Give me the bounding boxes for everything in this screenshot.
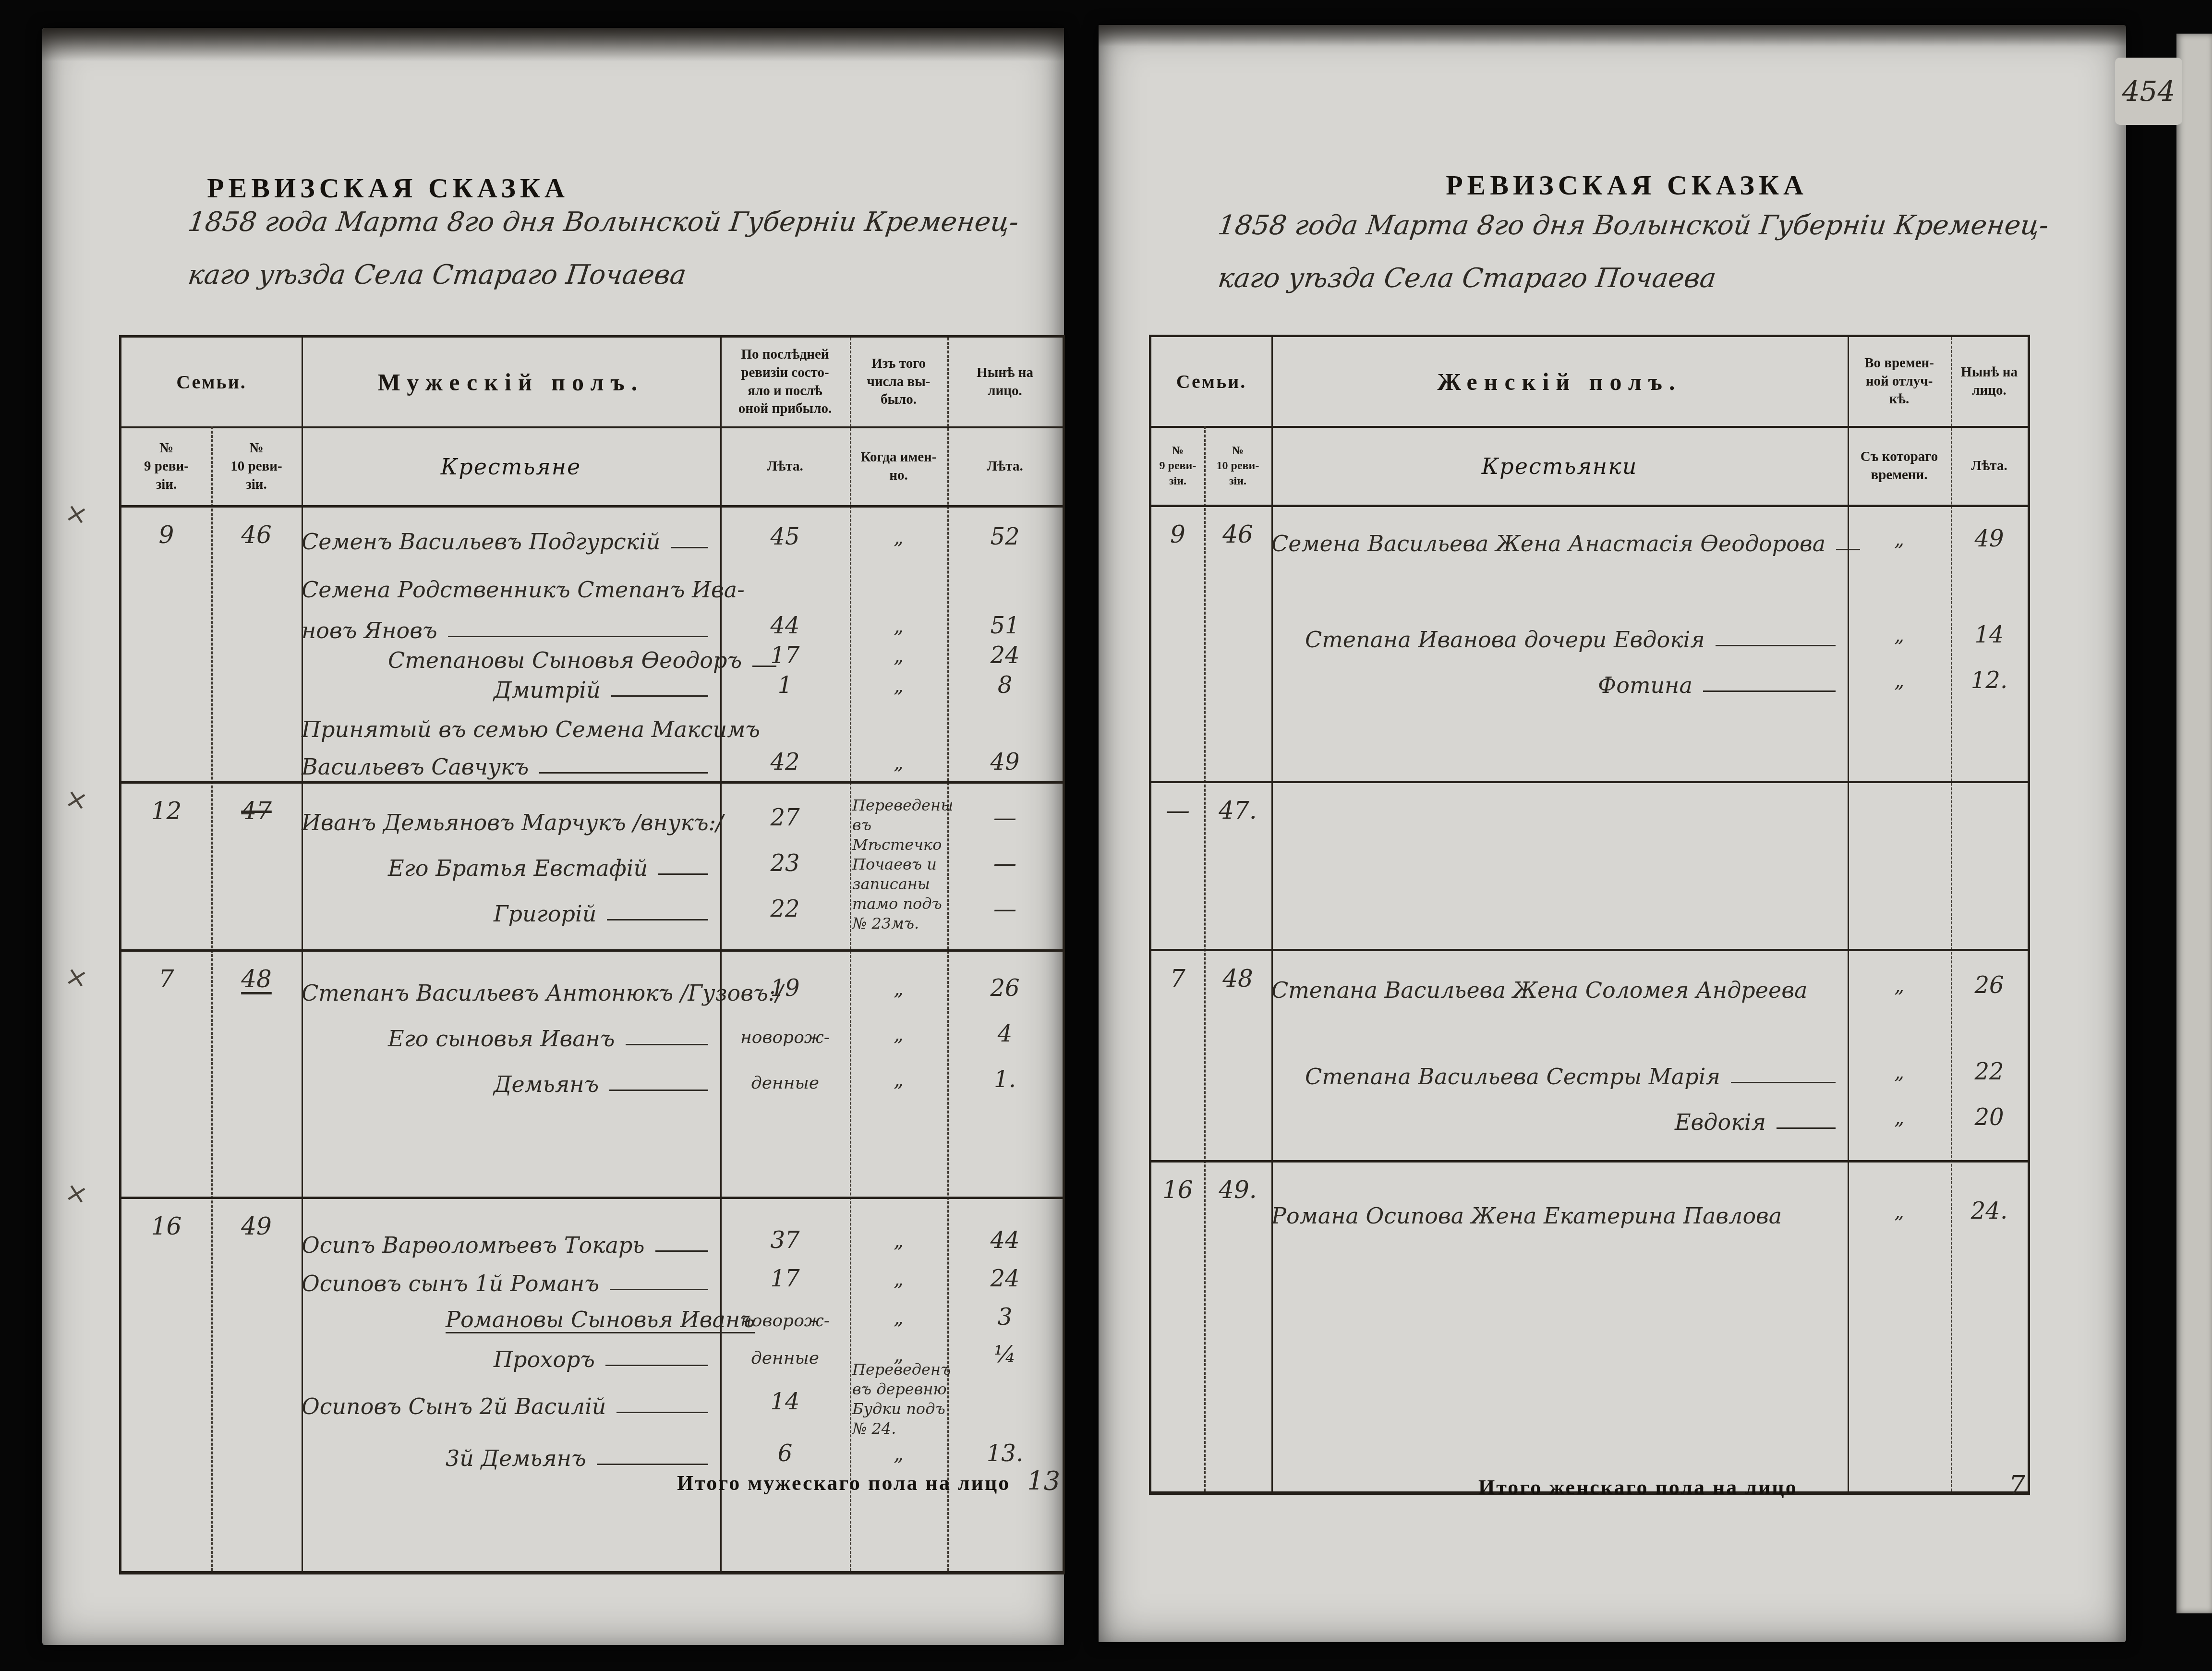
ditto-mark: „ bbox=[850, 1005, 947, 1050]
age-now bbox=[947, 1371, 1063, 1418]
family-no-rev10: 49. bbox=[1204, 1176, 1271, 1204]
writing-rule bbox=[1731, 1082, 1836, 1083]
total-female-value: 7 bbox=[2009, 1470, 2025, 1501]
total-male-value: 13 bbox=[1027, 1466, 1060, 1496]
right-page-title: РЕВИЗСКАЯ СКАЗКА bbox=[1315, 169, 1939, 201]
ditto-mark: „ bbox=[850, 741, 947, 778]
ditto-mark: „ bbox=[850, 1050, 947, 1096]
header-departed: Изъ того числа вы- было. bbox=[850, 338, 947, 426]
member-name: Прохоръ bbox=[302, 1333, 720, 1371]
header-peasants-female: Крестьянки bbox=[1271, 428, 1848, 505]
member-name: Степана Васильева Жена Соломея Андреева bbox=[1271, 951, 1848, 1002]
margin-check-mark: × bbox=[62, 782, 91, 817]
member-name: Принятый въ семью Семена Максимъ bbox=[302, 702, 720, 741]
age-last-revision: денные bbox=[720, 1050, 850, 1096]
writing-rule bbox=[539, 772, 708, 774]
age-now: 26 bbox=[1951, 951, 2028, 1002]
ditto-mark bbox=[850, 702, 947, 741]
header-years: Лѣта. bbox=[1951, 428, 2028, 505]
left-revision-table: Семьи. Мужескій полъ. По послѣдней ревиз… bbox=[119, 335, 1065, 1574]
folio-number: 454 bbox=[2122, 75, 2176, 108]
header-years-b: Лѣта. bbox=[947, 428, 1063, 505]
header-revision-10: № 10 реви- зіи. bbox=[211, 428, 302, 505]
total-female-label: Итого женскаго пола на лицо bbox=[1478, 1475, 1798, 1500]
writing-rule bbox=[448, 636, 708, 637]
age-last-revision: 19 bbox=[720, 952, 850, 1005]
member-name: Семена Васильева Жена Анастасія Өеодоров… bbox=[1271, 507, 1848, 555]
spacer-row bbox=[1271, 555, 1848, 603]
right-date-line-1: 1858 года Марта 8го дня Волынской Губерн… bbox=[1216, 210, 2050, 241]
writing-rule bbox=[610, 1289, 708, 1290]
writing-rule bbox=[607, 919, 708, 920]
folio-patch: 454 bbox=[2115, 58, 2182, 125]
family-record: 16 49. Романа Осипова Жена Екатерина Пав… bbox=[1151, 1160, 2028, 1491]
family-record: 7 48 Степанъ Васильевъ Антонюкъ /Гузовъ:… bbox=[121, 949, 1063, 1197]
margin-check-mark: × bbox=[62, 1176, 91, 1211]
age-now: 49 bbox=[1951, 507, 2028, 555]
family-no-rev10: 47. bbox=[1204, 797, 1271, 824]
writing-rule bbox=[1703, 690, 1836, 692]
header-last-revision: По послѣдней ревизіи состо- яло и послѣ … bbox=[720, 338, 850, 426]
member-name: Дмитрій bbox=[302, 672, 720, 702]
family-no-rev9: 16 bbox=[1151, 1176, 1204, 1204]
family-no-rev10: 46 bbox=[1204, 521, 1271, 548]
header-when-exactly: Когда имен- но. bbox=[850, 428, 947, 505]
header-female-sex: Женскій полъ. bbox=[1271, 337, 1848, 426]
ditto-mark: „ bbox=[1848, 603, 1951, 651]
member-name: Евдокія bbox=[1271, 1088, 1848, 1134]
ditto-mark: „ bbox=[1848, 1182, 1951, 1227]
age-last-revision: 17 bbox=[720, 1257, 850, 1295]
age-now: — bbox=[947, 784, 1063, 834]
writing-rule bbox=[609, 1090, 708, 1091]
member-name: Романа Осипова Жена Екатерина Павлова bbox=[1271, 1182, 1848, 1227]
header-since-when: Съ котораго времени. bbox=[1848, 428, 1951, 505]
family-no-rev10: 46 bbox=[211, 521, 302, 549]
age-now: 52 bbox=[947, 508, 1063, 553]
age-now bbox=[1951, 555, 2028, 603]
left-table-header-row-1: Семьи. Мужескій полъ. По послѣдней ревиз… bbox=[121, 338, 1063, 426]
ditto-mark: „ bbox=[850, 601, 947, 642]
ditto-mark: „ bbox=[850, 672, 947, 702]
age-last-revision bbox=[720, 702, 850, 741]
total-male-label: Итого мужескаго пола на лицо bbox=[677, 1471, 1010, 1495]
spacer-row bbox=[1271, 1162, 1848, 1182]
book-scan: РЕВИЗСКАЯ СКАЗКА 1858 года Марта 8го дня… bbox=[0, 0, 2212, 1671]
family-no-rev9: 7 bbox=[1151, 965, 1204, 993]
member-name: Семенъ Васильевъ Подгурскій bbox=[302, 508, 720, 553]
page-stack-edge bbox=[2176, 34, 2212, 1613]
family-record: 12 47 Переведены въ Мѣстечко Почаевъ и з… bbox=[121, 781, 1063, 949]
family-no-rev9: 12 bbox=[121, 797, 211, 825]
member-name: Осиповъ сынъ 1й Романъ bbox=[302, 1257, 720, 1295]
age-now: 14 bbox=[1951, 603, 2028, 651]
header-revision-9: № 9 реви- зіи. bbox=[1151, 428, 1204, 505]
member-name: Степановы Сыновья Өеодоръ bbox=[302, 642, 720, 672]
age-last-revision: денные bbox=[720, 1333, 850, 1371]
ditto-mark: „ bbox=[850, 952, 947, 1005]
age-last-revision bbox=[720, 553, 850, 601]
member-name: Его сыновья Иванъ bbox=[302, 1005, 720, 1050]
age-last-revision: новорож- bbox=[720, 1295, 850, 1333]
ditto-mark: „ bbox=[850, 1199, 947, 1257]
age-now: 26 bbox=[947, 952, 1063, 1005]
age-now: 4 bbox=[947, 1005, 1063, 1050]
age-now bbox=[1951, 1162, 2028, 1182]
right-page: РЕВИЗСКАЯ СКАЗКА 1858 года Марта 8го дня… bbox=[1099, 25, 2126, 1642]
family-no-rev10: 48 bbox=[1204, 965, 1271, 993]
ditto-mark: „ bbox=[1848, 951, 1951, 1002]
header-now-present: Нынѣ на лицо. bbox=[947, 338, 1063, 426]
age-last-revision: 6 bbox=[720, 1418, 850, 1470]
age-last-revision: 44 bbox=[720, 601, 850, 642]
family-record: 9 46 Семенъ Васильевъ Подгурскій 45 „ 52… bbox=[121, 505, 1063, 781]
header-temporary-absence: Во времен- ной отлуч- кѣ. bbox=[1848, 337, 1951, 426]
age-last-revision: 37 bbox=[720, 1199, 850, 1257]
writing-rule bbox=[597, 1464, 708, 1465]
family-no-rev9: 7 bbox=[121, 965, 211, 993]
age-now: 24 bbox=[947, 1257, 1063, 1295]
age-last-revision: 22 bbox=[720, 880, 850, 925]
ditto-mark: „ bbox=[1848, 1088, 1951, 1134]
family-no-rev10: 47 bbox=[211, 797, 302, 825]
family-record: 9 46 Семена Васильева Жена Анастасія Өео… bbox=[1151, 505, 2028, 781]
ditto-mark bbox=[850, 553, 947, 601]
member-name: новъ Яновъ bbox=[302, 601, 720, 642]
header-revision-10: № 10 реви- зіи. bbox=[1204, 428, 1271, 505]
ditto-mark: „ bbox=[1848, 507, 1951, 555]
member-name: Степанъ Васильевъ Антонюкъ /Гузовъ:/ bbox=[302, 952, 720, 1005]
right-revision-table: Семьи. Женскій полъ. Во времен- ной отлу… bbox=[1149, 335, 2030, 1495]
age-last-revision: 14 bbox=[720, 1371, 850, 1418]
ditto-mark bbox=[1848, 555, 1951, 603]
member-name: Семена Родственникъ Степанъ Ива- bbox=[302, 553, 720, 601]
writing-rule bbox=[1777, 1127, 1836, 1129]
right-table-header-row-1: Семьи. Женскій полъ. Во времен- ной отлу… bbox=[1151, 337, 2028, 426]
age-now: 12. bbox=[1951, 651, 2028, 697]
header-family: Семьи. bbox=[121, 338, 302, 426]
age-now: 24 bbox=[947, 642, 1063, 672]
writing-rule bbox=[1716, 645, 1836, 646]
left-page: РЕВИЗСКАЯ СКАЗКА 1858 года Марта 8го дня… bbox=[42, 28, 1064, 1645]
ditto-mark bbox=[1848, 1162, 1951, 1182]
member-name: Осиповъ Сынъ 2й Василій bbox=[302, 1371, 720, 1418]
age-last-revision: новорож- bbox=[720, 1005, 850, 1050]
age-now: ¼ bbox=[947, 1333, 1063, 1371]
age-now bbox=[1951, 1002, 2028, 1042]
family-record: 16 49 Переведенъ въ деревню Будки подъ №… bbox=[121, 1197, 1063, 1571]
right-total-row: Итого женскаго пола на лицо 7 bbox=[1149, 1470, 2054, 1501]
member-name: Его Братья Евстафій bbox=[302, 834, 720, 880]
writing-rule bbox=[605, 1365, 708, 1366]
right-date-line-2: каго уѣзда Села Стараго Почаева bbox=[1216, 263, 1718, 294]
member-name: 3й Демьянъ bbox=[302, 1418, 720, 1470]
member-name: Степана Иванова дочери Евдокія bbox=[1271, 603, 1848, 651]
age-now: 24. bbox=[1951, 1182, 2028, 1227]
family-no-rev9: — bbox=[1151, 797, 1204, 824]
member-name: Степана Васильева Сестры Марія bbox=[1271, 1042, 1848, 1088]
member-name: Романовы Сыновья Иванъ bbox=[302, 1295, 720, 1333]
age-last-revision: 45 bbox=[720, 508, 850, 553]
age-now: 49 bbox=[947, 741, 1063, 778]
age-now: 51 bbox=[947, 601, 1063, 642]
ditto-mark bbox=[1848, 1002, 1951, 1042]
age-now bbox=[947, 553, 1063, 601]
header-revision-9: № 9 реви- зіи. bbox=[121, 428, 211, 505]
family-no-rev9: 16 bbox=[121, 1212, 211, 1240]
writing-rule bbox=[611, 695, 708, 697]
age-now: 3 bbox=[947, 1295, 1063, 1333]
member-name: Фотина bbox=[1271, 651, 1848, 697]
family-no-rev9: 9 bbox=[121, 521, 211, 549]
family-record: — 47. bbox=[1151, 781, 2028, 949]
age-last-revision: 27 bbox=[720, 784, 850, 834]
ditto-mark: „ bbox=[850, 642, 947, 672]
age-now: — bbox=[947, 880, 1063, 925]
header-male-sex: Мужескій полъ. bbox=[302, 338, 720, 426]
transfer-note: Переведены въ Мѣстечко Почаевъ и записан… bbox=[852, 796, 948, 933]
ditto-mark: „ bbox=[1848, 1042, 1951, 1088]
writing-rule bbox=[626, 1044, 708, 1045]
age-now: 8 bbox=[947, 672, 1063, 702]
age-now: 22 bbox=[1951, 1042, 2028, 1088]
family-no-rev10: 48 bbox=[211, 965, 302, 993]
age-now: 13. bbox=[947, 1418, 1063, 1470]
age-now bbox=[947, 702, 1063, 741]
age-now: 1. bbox=[947, 1050, 1063, 1096]
left-total-row: Итого мужескаго пола на лицо 13 bbox=[119, 1466, 1262, 1496]
ditto-mark: „ bbox=[850, 1257, 947, 1295]
ditto-mark: „ bbox=[850, 1295, 947, 1333]
member-name: Осипъ Варѳоломѣевъ Токарь bbox=[302, 1199, 720, 1257]
age-last-revision: 42 bbox=[720, 741, 850, 778]
left-table-header-row-2: № 9 реви- зіи. № 10 реви- зіи. Крестьяне… bbox=[121, 426, 1063, 505]
spacer-row bbox=[1271, 1002, 1848, 1042]
age-now: 44 bbox=[947, 1199, 1063, 1257]
member-name: Григорій bbox=[302, 880, 720, 925]
header-peasants-male: Крестьяне bbox=[302, 428, 720, 505]
right-table-header-row-2: № 9 реви- зіи. № 10 реви- зіи. Крестьянк… bbox=[1151, 426, 2028, 505]
age-last-revision: 23 bbox=[720, 834, 850, 880]
transfer-note: Переведенъ въ деревню Будки подъ № 24. bbox=[852, 1360, 948, 1439]
age-now: 20 bbox=[1951, 1088, 2028, 1134]
writing-rule bbox=[671, 547, 709, 548]
margin-check-mark: × bbox=[62, 496, 91, 532]
age-last-revision: 17 bbox=[720, 642, 850, 672]
writing-rule bbox=[658, 873, 708, 875]
family-record: 7 48 Степана Васильева Жена Соломея Андр… bbox=[1151, 949, 2028, 1160]
writing-rule bbox=[616, 1412, 708, 1413]
writing-rule bbox=[655, 1250, 708, 1252]
member-name: Демьянъ bbox=[302, 1050, 720, 1096]
header-years-a: Лѣта. bbox=[720, 428, 850, 505]
left-page-title: РЕВИЗСКАЯ СКАЗКА bbox=[124, 172, 652, 204]
age-last-revision: 1 bbox=[720, 672, 850, 702]
ditto-mark: „ bbox=[1848, 651, 1951, 697]
header-now-present: Нынѣ на лицо. bbox=[1951, 337, 2028, 426]
ditto-mark: „ bbox=[850, 508, 947, 553]
margin-check-mark: × bbox=[62, 960, 91, 995]
header-family: Семьи. bbox=[1151, 337, 1271, 426]
age-now: — bbox=[947, 834, 1063, 880]
left-date-line-2: каго уѣзда Села Стараго Почаева bbox=[186, 259, 688, 291]
member-name: Иванъ Демьяновъ Марчукъ /внукъ:/ bbox=[302, 784, 720, 834]
family-no-rev9: 9 bbox=[1151, 521, 1204, 548]
left-date-line-1: 1858 года Марта 8го дня Волынской Губерн… bbox=[186, 206, 1020, 238]
member-name: Васильевъ Савчукъ bbox=[302, 741, 720, 778]
family-no-rev10: 49 bbox=[211, 1212, 302, 1240]
